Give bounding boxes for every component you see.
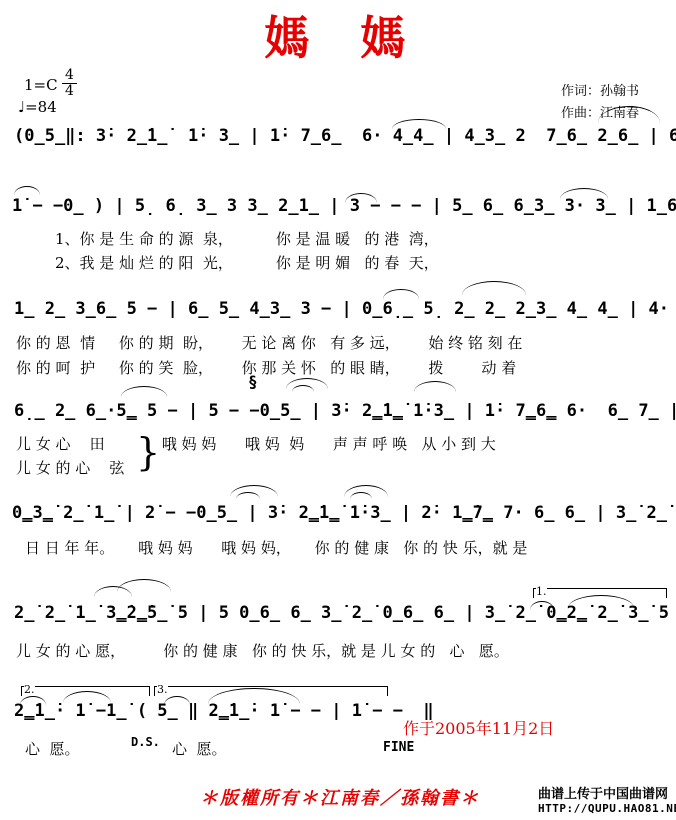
volta-label-2: 2.: [24, 684, 35, 695]
lyrics-line7-second-ending: 心 愿。: [172, 738, 227, 759]
site-credit: 曲谱上传于中国曲谱网 HTTP://QUPU.HAO81.NET: [538, 783, 676, 815]
fine-label: FINE: [383, 740, 414, 755]
lyrics-line6: 儿 女 的 心 愿， 你 的 健 康 你 的 快 乐，就 是 儿 女 的 心 愿…: [16, 640, 509, 661]
lyrics-verse1-line3: 你 的 恩 情 你 的 期 盼， 无 论 离 你 有 多 远， 始 终 铭 刻 …: [16, 332, 522, 353]
lyrics-line5: 日 日 年 年。 哦 妈 妈 哦 妈 妈， 你 的 健 康 你 的 快 乐，就 …: [25, 537, 527, 558]
lyrics-verse2-line2: 2、我 是 灿 烂 的 阳 光， 你 是 明 媚 的 春 天，: [55, 252, 439, 273]
notation-line-3: 1̲ 2̲ 3̲6̲ 5 − | 6̲ 5̲ 4̲3̲ 3 − | 0̲6̣̲ …: [14, 299, 676, 319]
slur-arc: [121, 386, 167, 397]
slur-arc: [236, 492, 260, 499]
composition-date: 作于2005年11月2日: [403, 716, 554, 739]
dal-segno-label: D.S.: [131, 735, 160, 749]
lyrics-line7-first-ending: 心 愿。: [25, 738, 80, 759]
slur-arc: [14, 186, 40, 195]
time-signature: 4 4: [62, 68, 77, 98]
tempo-value: =84: [25, 98, 57, 116]
lyric-brace: }: [136, 430, 160, 474]
slur-arc: [164, 696, 190, 705]
time-signature-numerator: 4: [62, 68, 77, 84]
slur-arc: [20, 696, 46, 705]
slur-arc: [350, 492, 372, 499]
site-name: 曲谱上传于中国曲谱网: [538, 783, 676, 802]
time-signature-denominator: 4: [62, 84, 77, 99]
tempo-marking: ♩=84: [18, 98, 57, 116]
key-signature: 1=C: [24, 76, 58, 94]
notation-line-1: (0̲5̲‖: 3̇· 2̲̇1̲̇ 1̇· 3̲ | 1̇· 7̲6̲ 6· …: [14, 126, 676, 146]
lyrics-verse2-line4: 儿 女 的 心 弦: [16, 457, 124, 478]
song-title: 媽 媽: [0, 2, 676, 68]
sheet-music-page: 媽 媽 1=C 4 4 ♩=84 作词：孙翰书 作曲：江南春 (0̲5̲‖: 3…: [0, 0, 676, 820]
slur-arc: [383, 289, 419, 299]
lyrics-verse1-line4: 儿 女 心 田 哦 妈 妈 哦 妈 妈 声 声 呼 唤 从 小 到 大: [16, 433, 496, 454]
lyricist-credit: 作词：孙翰书: [561, 80, 639, 99]
slur-arc: [345, 193, 377, 203]
site-url: HTTP://QUPU.HAO81.NET: [538, 802, 676, 815]
volta-label-1: 1.: [536, 586, 547, 597]
slur-arc: [462, 281, 526, 295]
slur-arc: [392, 119, 446, 129]
volta-label-3: 3.: [157, 684, 168, 695]
copyright-notice: ＊版權所有＊江南春／孫翰書＊: [200, 784, 480, 810]
slur-arc: [560, 188, 608, 199]
notation-line-2: 1̇ − −0̲ ) | 5̣ 6̣ 3̲ 3 3̲ 2̲1̲ | 3 − − …: [12, 196, 676, 216]
notation-line-5: 0̳3̳̇ 2̲̇ 1̲̇ | 2̇ − −0̲5̲ | 3̇· 2̳̇1̳̇ …: [12, 503, 676, 523]
slur-arc: [292, 385, 314, 392]
notation-line-4: 6̣̲ 2̲ 6̲·5̳ 5 − | 5 − −0̲5̲ | 3̇· 2̳̇1̇…: [14, 401, 676, 421]
notation-line-7: 2̳̇1̲̇· 1̇ −1̲̇ ( 5̲ ‖ 2̳̇1̲̇· 1̇ − − | …: [14, 701, 434, 721]
lyrics-verse2-line3: 你 的 呵 护 你 的 笑 脸， 你 那 关 怀 的 眼 睛， 拨 动 着: [16, 357, 516, 378]
lyrics-verse1-line2: 1、你 是 生 命 的 源 泉， 你 是 温 暖 的 港 湾，: [55, 228, 439, 249]
segno-icon: §: [248, 372, 258, 391]
tie-arc: [117, 579, 171, 592]
slur-arc: [414, 381, 456, 392]
